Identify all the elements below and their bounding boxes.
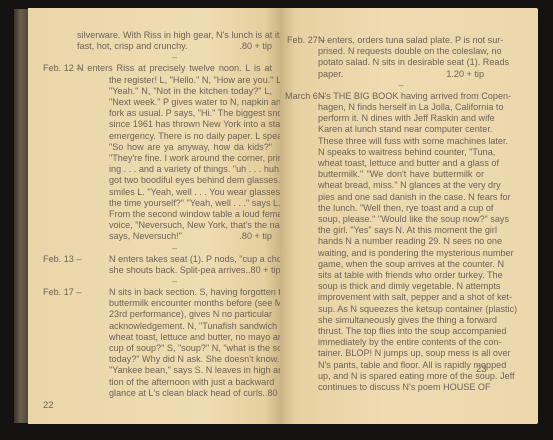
diary-entry-feb-13: Feb. 13 – N enters takes seat (1). P nod…	[77, 254, 272, 276]
text-line-with-amount: glance at L's clean black head of curls.…	[109, 388, 272, 399]
text-line: the girl. "Yes" says N. At this moment t…	[318, 225, 484, 236]
text-line: fork as usual. P says, "Hi." The biggest…	[109, 108, 272, 119]
text-line: the time yourself?" "Yeah, well . . ." s…	[109, 198, 272, 209]
text-line: N speaks to waitress behind counter, "Tu…	[318, 147, 484, 158]
separator: –	[77, 276, 272, 287]
amount: .80 + tip	[239, 41, 272, 52]
text-line: acknowledgement. N, "Tunafish sandwich o…	[109, 321, 272, 332]
left-page: silverware. With Riss in high gear, N's …	[28, 8, 280, 424]
text-line: tainer. BLOP! N jumps up, soup mess is a…	[318, 348, 484, 359]
text-line: buttermilk encounter months before (see …	[109, 298, 272, 309]
text-line: silverware. With Riss in high gear, N's …	[77, 30, 272, 41]
text-line: These three will fuss with some machines…	[318, 136, 484, 147]
entry-date: Feb. 13 –	[43, 254, 81, 265]
text-line: 23rd performance), gives N no particular	[109, 309, 272, 320]
text-line: up, and N is spared eating more of the s…	[318, 371, 484, 382]
entry-body: Feb. 27 – N enters, orders tuna salad pl…	[318, 35, 484, 80]
text-line: "Yankee bean," says S. N leaves in high …	[109, 365, 272, 376]
amount: .80 + tip	[239, 231, 272, 242]
diary-entry-feb-27: Feb. 27 – N enters, orders tuna salad pl…	[318, 35, 484, 80]
text-line: N enters takes seat (1). P nods, "cup a …	[109, 254, 272, 265]
entry-body: Feb. 17 – N sits in back section. S, hav…	[109, 287, 272, 399]
text-line: emergency. There is no daily paper. L sp…	[109, 131, 272, 142]
text-line: she simultaneously gives the thing a for…	[318, 315, 484, 326]
text-line: N's pants, table and floor. All is rapid…	[318, 360, 484, 371]
amount: .80 + tip	[248, 265, 281, 276]
text-line-with-amount: says, Neversuch!" .80 + tip	[109, 231, 272, 242]
continuation-entry: silverware. With Riss in high gear, N's …	[77, 30, 272, 52]
text-line-with-amount: she shouts back. Split-pea arrives. .80 …	[109, 265, 272, 276]
text-line: thrust. The top flies into the soup acco…	[318, 326, 484, 337]
page-number: 22	[43, 400, 54, 411]
text-line: N enters Riss at precisely twelve noon. …	[77, 63, 272, 74]
right-page-text: Feb. 27 – N enters, orders tuna salad pl…	[318, 35, 484, 393]
text-line-with-amount: fast, hot, crisp and crunchy. .80 + tip	[77, 41, 272, 52]
amount: 1.20 + tip	[446, 69, 484, 80]
entry-body: the register! L, "Hello." N, "How are yo…	[109, 75, 272, 243]
text-line: prised. N requests double on the colesla…	[318, 46, 484, 57]
text-line: hagen, N finds herself in La Jolla, Cali…	[318, 102, 484, 113]
text-line: fast, hot, crisp and crunchy.	[77, 41, 188, 52]
diary-entry-feb-12: Feb. 12 – N enters Riss at precisely twe…	[77, 63, 272, 242]
separator: –	[77, 243, 272, 254]
separator: –	[77, 52, 272, 63]
text-line: she shouts back. Split-pea arrives.	[109, 265, 248, 276]
text-line: N's THE BIG BOOK having arrived from Cop…	[318, 91, 484, 102]
right-page: Feb. 27 – N enters, orders tuna salad pl…	[280, 8, 538, 424]
text-line: "Yeah." N, "Not in the kitchen today?" L…	[109, 86, 272, 97]
text-line: hands N a number reading 29. N sees no o…	[318, 236, 484, 247]
text-line: "They're fine. I work around the corner,…	[109, 153, 272, 164]
text-line: N enters, orders tuna salad plate. P is …	[318, 35, 484, 46]
text-line: pies and one sad danish in the case. N f…	[318, 192, 484, 203]
text-line: waiting, and is pondering the mysterious…	[318, 248, 484, 259]
text-line: sits at table with friends who order tur…	[318, 270, 484, 281]
entry-date: Feb. 27 –	[287, 35, 325, 46]
text-line: glance at L's clean black head of curls.	[109, 388, 265, 399]
entry-body: March 6 – N's THE BIG BOOK having arrive…	[318, 91, 484, 393]
text-line: wheat bread, miss." N glances at the ver…	[318, 180, 484, 191]
text-line: today?" Why did N ask. She doesn't know.	[109, 354, 272, 365]
text-line: wheat toast, lettuce and butter, no mayo…	[109, 332, 272, 343]
entry-date: Feb. 17 –	[43, 287, 81, 298]
page-number: 23	[476, 364, 487, 375]
text-line: got two boodiful eyes behind dem glasses…	[109, 175, 272, 186]
text-line: since 1961 has thrown New York into a st…	[109, 119, 272, 130]
text-line: sup. As N squeezes the ketsup container …	[318, 304, 484, 315]
text-line: potato salad. N sits in desirable seat (…	[318, 57, 484, 68]
text-line: buttermilk." "We don't have buttermilk o…	[318, 169, 484, 180]
text-line: says, Neversuch!"	[109, 231, 182, 242]
diary-entry-feb-17: Feb. 17 – N sits in back section. S, hav…	[77, 287, 272, 399]
entry-body: Feb. 13 – N enters takes seat (1). P nod…	[109, 254, 272, 276]
text-line-with-amount: paper. 1.20 + tip	[318, 69, 484, 80]
text-line: From the second window table a loud fema…	[109, 209, 272, 220]
separator: –	[318, 80, 484, 91]
text-line: tion of the afternoon with just a backwa…	[109, 377, 272, 388]
text-line: paper.	[318, 69, 343, 80]
diary-entry-march-6: March 6 – N's THE BIG BOOK having arrive…	[318, 91, 484, 393]
entry-date: March 6 –	[285, 91, 325, 102]
text-line: ing . . . and a variety of things. "uh .…	[109, 164, 272, 175]
text-line: continues to discuss N's poem HOUSE OF	[318, 382, 484, 393]
text-line: voice, "Neversuch, New York, that's the …	[109, 220, 272, 231]
left-page-text: silverware. With Riss in high gear, N's …	[77, 30, 272, 399]
text-line: the register! L, "Hello." N, "How are yo…	[109, 75, 272, 86]
text-line: perform it. N dines with Jeff Raskin and…	[318, 113, 484, 124]
text-line: cup of soup?" S, "soup?" N, "what is the…	[109, 343, 272, 354]
text-line: soup, please." "Would like the soup now?…	[318, 214, 484, 225]
text-line: the lunch. "Well then, rye toast and a c…	[318, 203, 484, 214]
text-line: Karen at lunch stand near computer cente…	[318, 124, 484, 135]
text-line: "Next week." P gives water to N, napkin …	[109, 97, 272, 108]
entry-date: Feb. 12 –	[43, 63, 81, 74]
text-line: immediately by the entire contents of th…	[318, 337, 484, 348]
text-line: improvement with salt, pepper and a shot…	[318, 292, 484, 303]
text-line: soup is thick and dimly vegetable. N att…	[318, 281, 484, 292]
text-line: "So how are ya anyway, how da kids?"	[109, 142, 272, 153]
text-line: smiles L. "Yeah, well . . . You wear gla…	[109, 187, 272, 198]
text-line: N sits in back section. S, having forgot…	[109, 287, 272, 298]
text-line: wheat toast, lettuce and butter and a gl…	[318, 158, 484, 169]
text-line: game, when the soup arrives at the count…	[318, 259, 484, 270]
